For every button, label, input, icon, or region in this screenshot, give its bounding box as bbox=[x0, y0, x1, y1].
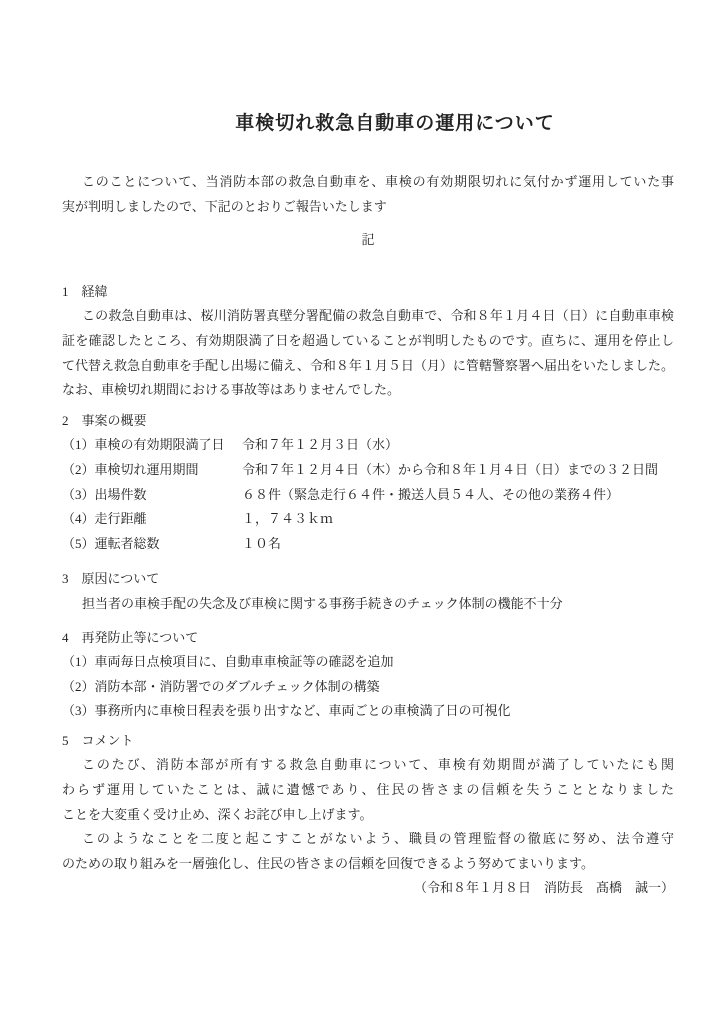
section-body-line: このようなことを二度と起こすことがないよう、職員の管理監督の徹底に努め、法令遵守 bbox=[62, 827, 674, 852]
summary-row: （5）運転者総数 １０名 bbox=[62, 532, 674, 557]
intro-line: 実が判明しましたので、下記のとおりご報告いたします bbox=[62, 195, 674, 220]
section-body-line: ことを大変重く受け止め、深くお詫び申し上げます。 bbox=[62, 803, 674, 828]
section-body-line: 証を確認したところ、有効期限満了日を超過していることが判明したものです。直ちに、… bbox=[62, 329, 674, 354]
summary-row: （1）車検の有効期限満了日 令和７年１２月３日（水） bbox=[62, 433, 674, 458]
summary-value: １０名 bbox=[242, 532, 281, 557]
section-body-line: のための取り組みを一層強化し、住民の皆さまの信頼を回復できるよう努めてまいります… bbox=[62, 852, 674, 877]
section-body-line: わらず運用していたことは、誠に遺憾であり、住民の皆さまの信頼を失うこととなりまし… bbox=[62, 778, 674, 803]
section-body-line: このたび、消防本部が所有する救急自動車について、車検有効期間が満了していたにも関 bbox=[62, 753, 674, 778]
prevention-item: （1）車両毎日点検項目に、自動車車検証等の確認を追加 bbox=[62, 650, 674, 675]
section-body-line: なお、車検切れ期間における事故等はありませんでした。 bbox=[62, 378, 674, 403]
prevention-item: （2）消防本部・消防署でのダブルチェック体制の構築 bbox=[62, 675, 674, 700]
summary-value: 令和７年１２月３日（水） bbox=[242, 433, 398, 458]
summary-row: （4）走行距離 １，７４３ｋｍ bbox=[62, 507, 674, 532]
summary-value: 令和７年１２月４日（木）から令和８年１月４日（日）までの３２日間 bbox=[242, 458, 658, 483]
section-case-summary: 2 事案の概要 （1）車検の有効期限満了日 令和７年１２月３日（水） （2）車検… bbox=[62, 409, 674, 557]
summary-label: （2）車検切れ運用期間 bbox=[62, 458, 242, 483]
section-body-line: て代替え救急自動車を手配し出場に備え、令和８年１月５日（月）に管轄警察署へ届出を… bbox=[62, 354, 674, 379]
section-heading: 5 コメント bbox=[62, 729, 674, 754]
section-prevention: 4 再発防止等について （1）車両毎日点検項目に、自動車車検証等の確認を追加 （… bbox=[62, 626, 674, 724]
record-marker: 記 bbox=[62, 228, 674, 253]
section-comment: 5 コメント このたび、消防本部が所有する救急自動車について、車検有効期間が満了… bbox=[62, 729, 674, 877]
summary-label: （1）車検の有効期限満了日 bbox=[62, 433, 242, 458]
section-heading: 2 事案の概要 bbox=[62, 409, 674, 434]
summary-row: （3）出場件数 ６８件（緊急走行６４件・搬送人員５４人、その他の業務４件） bbox=[62, 483, 674, 508]
section-heading: 4 再発防止等について bbox=[62, 626, 674, 651]
section-body-line: 担当者の車検手配の失念及び車検に関する事務手続きのチェック体制の機能不十分 bbox=[62, 592, 674, 617]
summary-label: （4）走行距離 bbox=[62, 507, 242, 532]
section-cause: 3 原因について 担当者の車検手配の失念及び車検に関する事務手続きのチェック体制… bbox=[62, 567, 674, 616]
section-history: 1 経緯 この救急自動車は、桜川消防署真壁分署配備の救急自動車で、令和８年１月４… bbox=[62, 280, 674, 403]
section-heading: 3 原因について bbox=[62, 567, 674, 592]
summary-label: （5）運転者総数 bbox=[62, 532, 242, 557]
section-body-line: この救急自動車は、桜川消防署真壁分署配備の救急自動車で、令和８年１月４日（日）に… bbox=[62, 304, 674, 329]
summary-value: １，７４３ｋｍ bbox=[242, 507, 333, 532]
page-title: 車検切れ救急自動車の運用について bbox=[89, 111, 701, 137]
intro-paragraph: このことについて、当消防本部の救急自動車を、車検の有効期限切れに気付かず運用して… bbox=[62, 170, 674, 219]
summary-row: （2）車検切れ運用期間 令和７年１２月４日（木）から令和８年１月４日（日）までの… bbox=[62, 458, 674, 483]
summary-label: （3）出場件数 bbox=[62, 483, 242, 508]
intro-line: このことについて、当消防本部の救急自動車を、車検の有効期限切れに気付かず運用して… bbox=[62, 170, 674, 195]
prevention-item: （3）事務所内に車検日程表を張り出すなど、車両ごとの車検満了日の可視化 bbox=[62, 699, 674, 724]
section-heading: 1 経緯 bbox=[62, 280, 674, 305]
date-signature: （令和８年１月８日 消防長 髙橋 誠一） bbox=[62, 876, 674, 901]
summary-value: ６８件（緊急走行６４件・搬送人員５４人、その他の業務４件） bbox=[242, 483, 619, 508]
document-page: 車検切れ救急自動車の運用について このことについて、当消防本部の救急自動車を、車… bbox=[0, 0, 724, 1024]
